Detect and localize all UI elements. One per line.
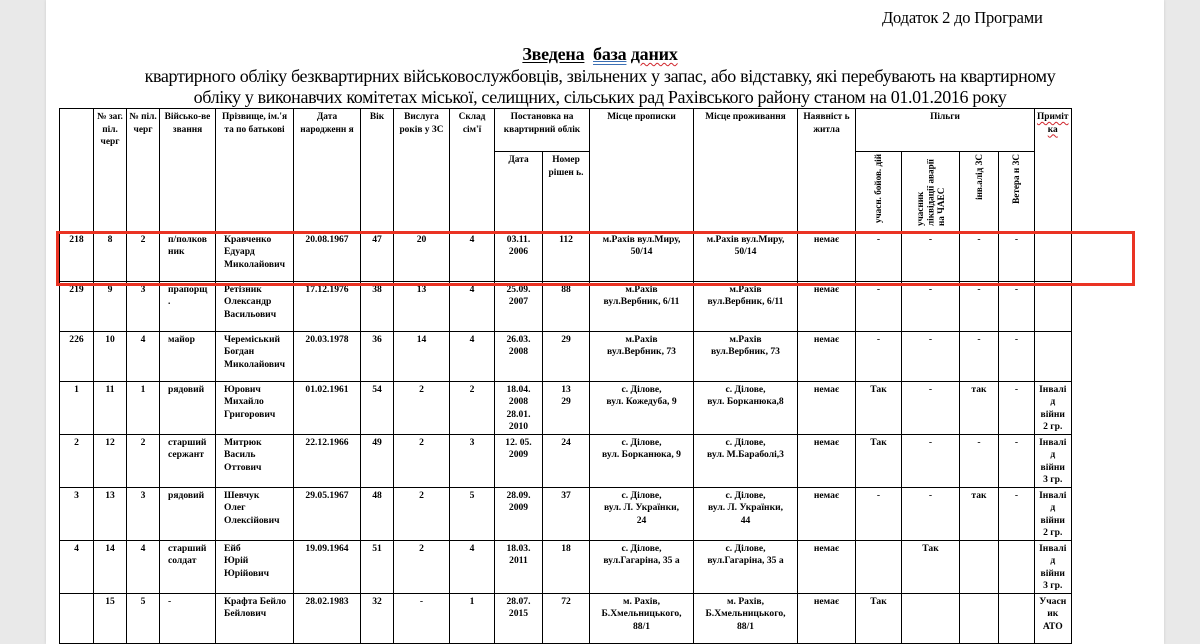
cell-registration-date: 18.03. 2011	[495, 540, 543, 593]
cell-residence-address: с. Ділове, вул. М.Бараболі,3	[694, 434, 798, 487]
cell-benefit-disabled: так	[960, 487, 999, 540]
cell-birth-date: 28.02.1983	[294, 593, 361, 643]
cell-residence-address: м.Рахів вул.Миру, 50/14	[694, 231, 798, 281]
cell-family-size: 2	[450, 381, 495, 434]
cell-general-queue: 12	[94, 434, 127, 487]
cell-registered-address: с. Ділове, вул. Борканюка, 9	[590, 434, 694, 487]
cell-note: Інвалі д війни 3 гр.	[1035, 434, 1072, 487]
cell-benefit-chernobyl: -	[902, 331, 960, 381]
title-word-3: даних	[631, 44, 678, 64]
cell-record-id: 226	[60, 331, 94, 381]
cell-general-queue: 11	[94, 381, 127, 434]
header-benefit-chernobyl: учасник ліквідації аварії на ЧАЕС	[902, 152, 960, 232]
cell-housing: немає	[798, 281, 856, 331]
header-benefit-veteran-label: Ветера н ЗС	[1011, 154, 1022, 204]
table-row: 3133рядовийШевчук Олег Олексійович29.05.…	[60, 487, 1072, 540]
cell-note	[1035, 231, 1072, 281]
cell-record-id	[60, 593, 94, 643]
cell-registered-address: м.Рахів вул.Вербник, 73	[590, 331, 694, 381]
header-residence-address: Місце проживання	[694, 109, 798, 232]
header-registered-address: Місце прописки	[590, 109, 694, 232]
cell-benefit-veteran: -	[999, 281, 1035, 331]
housing-queue-table: № заг. піл. черг № піл. черг Військо-ве …	[59, 108, 1072, 644]
header-birth-date: Дата народженн я	[294, 109, 361, 232]
table-row: 21993прапорщ .Ретізник Олександр Васильо…	[60, 281, 1072, 331]
cell-birth-date: 01.02.1961	[294, 381, 361, 434]
cell-benefit-combat: -	[856, 281, 902, 331]
cell-decision-no: 88	[543, 281, 590, 331]
cell-service-years: 2	[394, 381, 450, 434]
cell-benefit-veteran: -	[999, 434, 1035, 487]
header-family-size: Склад сім'ї	[450, 109, 495, 232]
header-note: Приміт ка	[1035, 109, 1072, 232]
cell-note	[1035, 331, 1072, 381]
cell-priority-queue: 5	[127, 593, 160, 643]
cell-registration-date: 28.09. 2009	[495, 487, 543, 540]
cell-record-id: 2	[60, 434, 94, 487]
header-full-name: Прізвище, ім.'я та по батькові	[216, 109, 294, 232]
cell-benefit-chernobyl: -	[902, 487, 960, 540]
cell-full-name: Ретізник Олександр Васильович	[216, 281, 294, 331]
header-military-rank: Військо-ве звання	[160, 109, 216, 232]
header-benefit-veteran: Ветера н ЗС	[999, 152, 1035, 232]
cell-family-size: 3	[450, 434, 495, 487]
header-service-years: Вислуга років у ЗС	[394, 109, 450, 232]
cell-note: Інвалі д війни 2 гр.	[1035, 487, 1072, 540]
cell-age: 51	[361, 540, 394, 593]
cell-full-name: Ейб Юрій Юрійович	[216, 540, 294, 593]
cell-birth-date: 20.08.1967	[294, 231, 361, 281]
cell-age: 48	[361, 487, 394, 540]
title-word-1: Зведена	[522, 44, 584, 64]
table-row: 21882п/полков никКравченко Едуард Микола…	[60, 231, 1072, 281]
cell-priority-queue: 4	[127, 331, 160, 381]
cell-benefit-disabled: -	[960, 281, 999, 331]
cell-benefit-veteran	[999, 540, 1035, 593]
cell-rank: майор	[160, 331, 216, 381]
cell-benefit-disabled	[960, 593, 999, 643]
cell-rank: прапорщ .	[160, 281, 216, 331]
header-general-queue-no: № заг. піл. черг	[94, 109, 127, 232]
cell-birth-date: 19.09.1964	[294, 540, 361, 593]
cell-age: 38	[361, 281, 394, 331]
cell-benefit-chernobyl: -	[902, 434, 960, 487]
cell-registered-address: м.Рахів вул.Миру, 50/14	[590, 231, 694, 281]
cell-housing: немає	[798, 540, 856, 593]
cell-family-size: 1	[450, 593, 495, 643]
cell-housing: немає	[798, 231, 856, 281]
cell-full-name: Шевчук Олег Олексійович	[216, 487, 294, 540]
cell-rank: старший сержант	[160, 434, 216, 487]
cell-general-queue: 14	[94, 540, 127, 593]
cell-service-years: -	[394, 593, 450, 643]
cell-full-name: Кравченко Едуард Миколайович	[216, 231, 294, 281]
cell-residence-address: с. Ділове, вул. Л. Українки, 44	[694, 487, 798, 540]
cell-rank: рядовий	[160, 487, 216, 540]
cell-family-size: 4	[450, 281, 495, 331]
cell-record-id: 218	[60, 231, 94, 281]
table-row: 155-Крафта Бейло Бейлович28.02.198332-12…	[60, 593, 1072, 643]
cell-age: 32	[361, 593, 394, 643]
cell-benefit-combat: Так	[856, 381, 902, 434]
cell-registration-date: 03.11. 2006	[495, 231, 543, 281]
cell-priority-queue: 2	[127, 231, 160, 281]
cell-benefit-disabled	[960, 540, 999, 593]
table-row: 2122старший сержантМитрюк Василь Оттович…	[60, 434, 1072, 487]
cell-housing: немає	[798, 487, 856, 540]
cell-priority-queue: 4	[127, 540, 160, 593]
cell-benefit-veteran: -	[999, 487, 1035, 540]
cell-general-queue: 8	[94, 231, 127, 281]
header-index	[60, 109, 94, 232]
cell-registered-address: м.Рахів вул.Вербник, 6/11	[590, 281, 694, 331]
header-benefit-chernobyl-label: учасник ліквідації аварії на ЧАЕС	[915, 154, 947, 226]
cell-family-size: 4	[450, 540, 495, 593]
cell-registration-date: 26.03. 2008	[495, 331, 543, 381]
cell-birth-date: 20.03.1978	[294, 331, 361, 381]
cell-age: 49	[361, 434, 394, 487]
table-body: 21882п/полков никКравченко Едуард Микола…	[60, 231, 1072, 643]
header-note-label: Приміт ка	[1037, 112, 1069, 135]
cell-benefit-veteran: -	[999, 231, 1035, 281]
cell-benefit-chernobyl: Так	[902, 540, 960, 593]
cell-rank: п/полков ник	[160, 231, 216, 281]
cell-housing: немає	[798, 331, 856, 381]
cell-record-id: 1	[60, 381, 94, 434]
cell-decision-no: 37	[543, 487, 590, 540]
cell-registered-address: с. Ділове, вул. Кожедуба, 9	[590, 381, 694, 434]
cell-general-queue: 10	[94, 331, 127, 381]
cell-rank: рядовий	[160, 381, 216, 434]
cell-family-size: 4	[450, 231, 495, 281]
cell-priority-queue: 2	[127, 434, 160, 487]
cell-residence-address: м.Рахів вул.Вербник, 73	[694, 331, 798, 381]
cell-registered-address: с. Ділове, вул. Л. Українки, 24	[590, 487, 694, 540]
cell-general-queue: 13	[94, 487, 127, 540]
cell-benefit-combat: Так	[856, 593, 902, 643]
cell-housing: немає	[798, 434, 856, 487]
header-benefit-combat: учасн. бойов. дій	[856, 152, 902, 232]
cell-registration-date: 28.07. 2015	[495, 593, 543, 643]
cell-decision-no: 112	[543, 231, 590, 281]
header-registration-date: Дата	[495, 152, 543, 232]
cell-family-size: 5	[450, 487, 495, 540]
cell-full-name: Крафта Бейло Бейлович	[216, 593, 294, 643]
cell-full-name: Митрюк Василь Оттович	[216, 434, 294, 487]
cell-general-queue: 9	[94, 281, 127, 331]
cell-record-id: 219	[60, 281, 94, 331]
cell-note	[1035, 281, 1072, 331]
cell-service-years: 2	[394, 434, 450, 487]
table-row: 1111рядовийЮрович Михайло Григорович01.0…	[60, 381, 1072, 434]
cell-registered-address: м. Рахів, Б.Хмельницького, 88/1	[590, 593, 694, 643]
cell-benefit-combat: Так	[856, 434, 902, 487]
cell-benefit-disabled: -	[960, 434, 999, 487]
cell-note: Учасн ик АТО	[1035, 593, 1072, 643]
cell-registration-date: 25.09. 2007	[495, 281, 543, 331]
cell-benefit-veteran	[999, 593, 1035, 643]
cell-full-name: Юрович Михайло Григорович	[216, 381, 294, 434]
cell-general-queue: 15	[94, 593, 127, 643]
cell-decision-no: 72	[543, 593, 590, 643]
header-priority-queue-no: № піл. черг	[127, 109, 160, 232]
header-benefits-group: Пільги	[856, 109, 1035, 152]
cell-birth-date: 17.12.1976	[294, 281, 361, 331]
header-benefit-disabled-label: інв.алід ЗС	[974, 154, 985, 200]
cell-registered-address: с. Ділове, вул.Гагаріна, 35 а	[590, 540, 694, 593]
header-benefit-combat-label: учасн. бойов. дій	[873, 154, 884, 223]
cell-benefit-chernobyl	[902, 593, 960, 643]
cell-priority-queue: 3	[127, 487, 160, 540]
cell-housing: немає	[798, 593, 856, 643]
document-subtitle-line-2: обліку у виконавчих комітетах міської, с…	[0, 87, 1200, 108]
header-housing: Наявніст ь житла	[798, 109, 856, 232]
cell-service-years: 14	[394, 331, 450, 381]
cell-priority-queue: 1	[127, 381, 160, 434]
header-decision-no: Номер рішен ь.	[543, 152, 590, 232]
header-benefit-disabled: інв.алід ЗС	[960, 152, 999, 232]
cell-priority-queue: 3	[127, 281, 160, 331]
document-subtitle-line-1: квартирного обліку безквартирних військо…	[0, 66, 1200, 87]
cell-birth-date: 22.12.1966	[294, 434, 361, 487]
cell-residence-address: м. Рахів, Б.Хмельницького, 88/1	[694, 593, 798, 643]
header-age: Вік	[361, 109, 394, 232]
cell-benefit-combat: -	[856, 331, 902, 381]
cell-age: 47	[361, 231, 394, 281]
cell-record-id: 4	[60, 540, 94, 593]
cell-benefit-chernobyl: -	[902, 231, 960, 281]
table-row: 4144старший солдатЕйб Юрій Юрійович19.09…	[60, 540, 1072, 593]
cell-decision-no: 18	[543, 540, 590, 593]
cell-benefit-veteran: -	[999, 331, 1035, 381]
cell-benefit-combat: -	[856, 487, 902, 540]
cell-family-size: 4	[450, 331, 495, 381]
cell-decision-no: 29	[543, 331, 590, 381]
cell-residence-address: с. Ділове, вул. Борканюка,8	[694, 381, 798, 434]
cell-registration-date: 18.04. 2008 28.01. 2010	[495, 381, 543, 434]
cell-age: 36	[361, 331, 394, 381]
cell-registration-date: 12. 05. 2009	[495, 434, 543, 487]
cell-birth-date: 29.05.1967	[294, 487, 361, 540]
cell-residence-address: с. Ділове, вул.Гагаріна, 35 а	[694, 540, 798, 593]
cell-residence-address: м.Рахів вул.Вербник, 6/11	[694, 281, 798, 331]
table-row: 226104майорЧеремiський Богдан Миколайови…	[60, 331, 1072, 381]
cell-benefit-chernobyl: -	[902, 381, 960, 434]
cell-benefit-combat: -	[856, 231, 902, 281]
title-word-2: база	[593, 44, 626, 64]
cell-service-years: 20	[394, 231, 450, 281]
cell-rank: старший солдат	[160, 540, 216, 593]
appendix-label: Додаток 2 до Програми	[882, 8, 1043, 28]
cell-rank: -	[160, 593, 216, 643]
cell-age: 54	[361, 381, 394, 434]
cell-housing: немає	[798, 381, 856, 434]
cell-service-years: 2	[394, 540, 450, 593]
cell-note: Інвалі д війни 2 гр.	[1035, 381, 1072, 434]
cell-benefit-veteran: -	[999, 381, 1035, 434]
document-title: Зведена база даних	[0, 44, 1200, 65]
cell-benefit-disabled: так	[960, 381, 999, 434]
cell-decision-no: 13 29	[543, 381, 590, 434]
cell-benefit-combat	[856, 540, 902, 593]
cell-service-years: 13	[394, 281, 450, 331]
cell-decision-no: 24	[543, 434, 590, 487]
cell-service-years: 2	[394, 487, 450, 540]
cell-note: Інвалі д війни 3 гр.	[1035, 540, 1072, 593]
cell-record-id: 3	[60, 487, 94, 540]
cell-benefit-disabled: -	[960, 331, 999, 381]
cell-full-name: Черемiський Богдан Миколайович	[216, 331, 294, 381]
header-registration-group: Постановка на квартирний облік	[495, 109, 590, 152]
cell-benefit-disabled: -	[960, 231, 999, 281]
cell-benefit-chernobyl: -	[902, 281, 960, 331]
